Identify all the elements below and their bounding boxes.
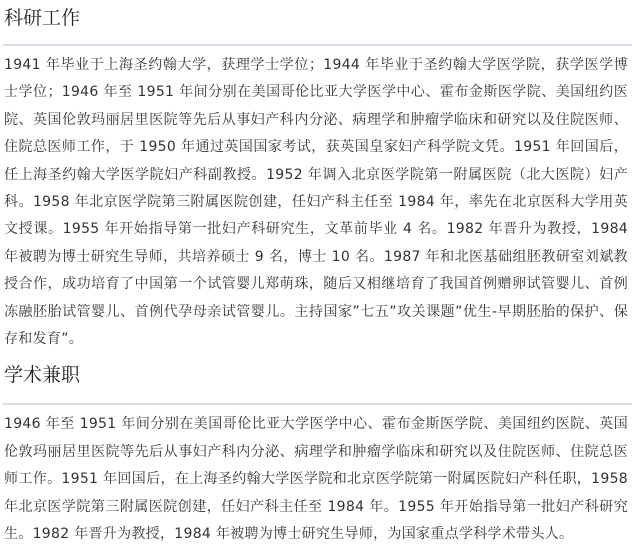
research-work-paragraph: 1941 年毕业于上海圣约翰大学，获理学士学位；1944 年毕业于圣约翰大学医学… bbox=[0, 46, 628, 353]
section-title-academic-positions: 学术兼职 bbox=[0, 359, 632, 389]
section-research-work: 科研工作 1941 年毕业于上海圣约翰大学，获理学士学位；1944 年毕业于圣约… bbox=[0, 0, 632, 353]
section-academic-positions: 学术兼职 1946 年至 1951 年间分别在美国哥伦比亚大学医学中心、霍布金斯… bbox=[0, 359, 632, 548]
academic-positions-paragraph: 1946 年至 1951 年间分别在美国哥伦比亚大学医学中心、霍布金斯医学院、美… bbox=[0, 405, 628, 548]
section-title-research-work: 科研工作 bbox=[0, 0, 632, 30]
